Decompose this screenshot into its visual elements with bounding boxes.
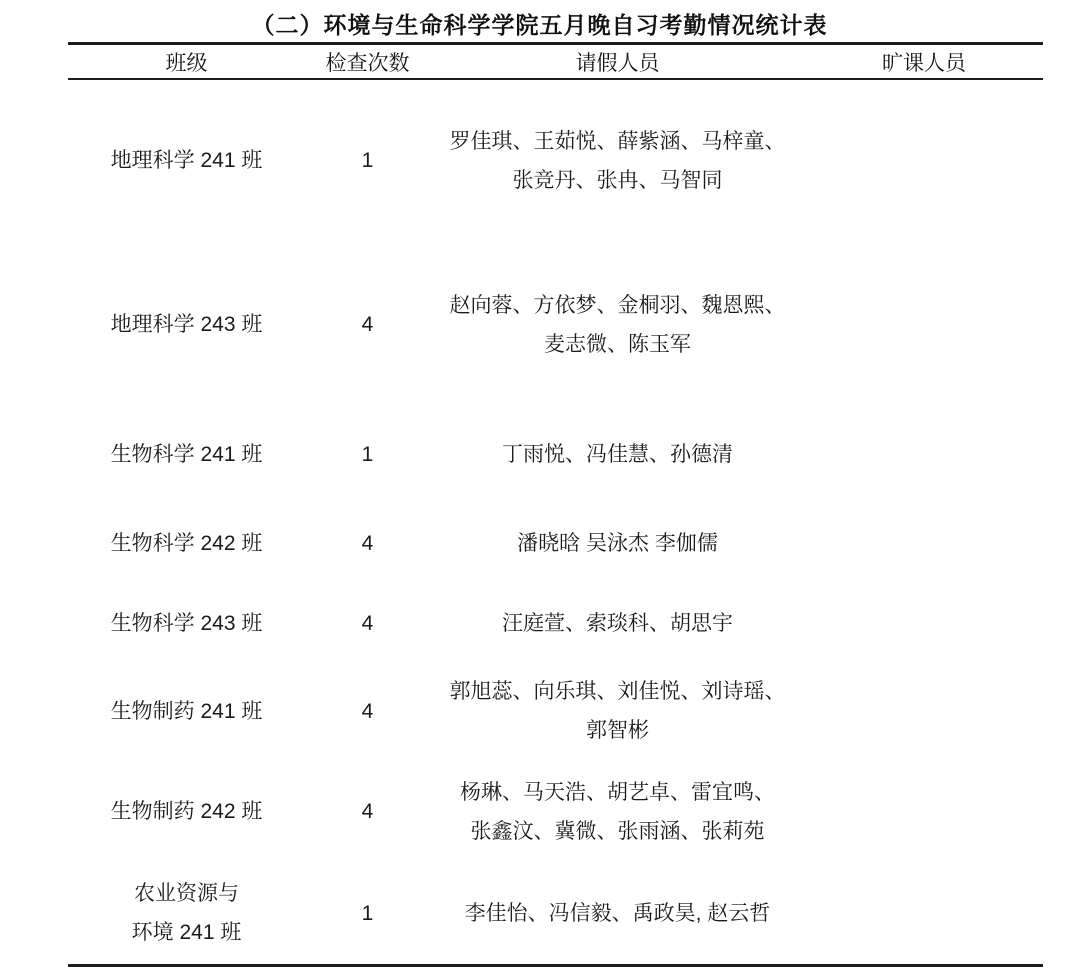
cell-check-count: 1 xyxy=(305,408,430,503)
header-cell-leave: 请假人员 xyxy=(430,45,805,84)
table-header-row: 班级 检查次数 请假人员 旷课人员 xyxy=(68,45,1043,80)
cell-check-count: 4 xyxy=(305,243,430,408)
cell-class-name: 生物科学 243 班 xyxy=(68,585,305,663)
table-row: 生物科学 242 班 4 潘晓晗 吴泳杰 李伽儒 xyxy=(68,503,1043,585)
cell-leave-names: 赵向蓉、方依梦、金桐羽、魏恩熙、 麦志微、陈玉军 xyxy=(430,243,805,408)
document-page: （二）环境与生命科学学院五月晚自习考勤情况统计表 班级 检查次数 请假人员 旷课… xyxy=(0,0,1079,977)
cell-check-count: 4 xyxy=(305,663,430,761)
cell-absent-names xyxy=(805,243,1043,408)
cell-check-count: 4 xyxy=(305,761,430,864)
table-row: 地理科学 241 班 1 罗佳琪、王茹悦、薛紫涵、马梓童、 张竞丹、张冉、马智同 xyxy=(68,80,1043,243)
cell-leave-names: 李佳怡、冯信毅、禹政昊, 赵云哲 xyxy=(430,864,805,964)
table-row: 生物科学 241 班 1 丁雨悦、冯佳慧、孙德清 xyxy=(68,408,1043,503)
cell-check-count: 1 xyxy=(305,80,430,243)
cell-leave-names: 郭旭蕊、向乐琪、刘佳悦、刘诗瑶、 郭智彬 xyxy=(430,663,805,761)
cell-class-name: 生物科学 242 班 xyxy=(68,503,305,585)
cell-absent-names xyxy=(805,663,1043,761)
page-title: （二）环境与生命科学学院五月晚自习考勤情况统计表 xyxy=(0,7,1079,40)
table-body: 地理科学 241 班 1 罗佳琪、王茹悦、薛紫涵、马梓童、 张竞丹、张冉、马智同… xyxy=(68,80,1043,964)
cell-absent-names xyxy=(805,864,1043,964)
cell-class-name: 地理科学 241 班 xyxy=(68,80,305,243)
cell-leave-names: 杨琳、马天浩、胡艺卓、雷宜鸣、 张鑫汶、冀微、张雨涵、张莉苑 xyxy=(430,761,805,864)
table-row: 生物制药 241 班 4 郭旭蕊、向乐琪、刘佳悦、刘诗瑶、 郭智彬 xyxy=(68,663,1043,761)
header-cell-absent: 旷课人员 xyxy=(805,45,1043,84)
cell-absent-names xyxy=(805,503,1043,585)
cell-absent-names xyxy=(805,80,1043,243)
cell-leave-names: 汪庭萱、索琰科、胡思宇 xyxy=(430,585,805,663)
cell-leave-names: 罗佳琪、王茹悦、薛紫涵、马梓童、 张竞丹、张冉、马智同 xyxy=(430,80,805,243)
cell-absent-names xyxy=(805,408,1043,503)
header-cell-class: 班级 xyxy=(68,45,305,84)
cell-leave-names: 丁雨悦、冯佳慧、孙德清 xyxy=(430,408,805,503)
cell-check-count: 4 xyxy=(305,585,430,663)
header-cell-check-count: 检查次数 xyxy=(305,45,430,84)
cell-check-count: 4 xyxy=(305,503,430,585)
table-row: 地理科学 243 班 4 赵向蓉、方依梦、金桐羽、魏恩熙、 麦志微、陈玉军 xyxy=(68,243,1043,408)
cell-absent-names xyxy=(805,761,1043,864)
table-row: 生物科学 243 班 4 汪庭萱、索琰科、胡思宇 xyxy=(68,585,1043,663)
cell-leave-names: 潘晓晗 吴泳杰 李伽儒 xyxy=(430,503,805,585)
cell-class-name: 生物制药 242 班 xyxy=(68,761,305,864)
cell-class-name: 农业资源与 环境 241 班 xyxy=(68,864,305,964)
cell-class-name: 生物制药 241 班 xyxy=(68,663,305,761)
cell-class-name: 生物科学 241 班 xyxy=(68,408,305,503)
cell-class-name: 地理科学 243 班 xyxy=(68,243,305,408)
cell-check-count: 1 xyxy=(305,864,430,964)
cell-absent-names xyxy=(805,585,1043,663)
table-row: 农业资源与 环境 241 班 1 李佳怡、冯信毅、禹政昊, 赵云哲 xyxy=(68,864,1043,964)
table-row: 生物制药 242 班 4 杨琳、马天浩、胡艺卓、雷宜鸣、 张鑫汶、冀微、张雨涵、… xyxy=(68,761,1043,864)
attendance-table: 班级 检查次数 请假人员 旷课人员 地理科学 241 班 1 罗佳琪、王茹悦、薛… xyxy=(68,42,1043,967)
